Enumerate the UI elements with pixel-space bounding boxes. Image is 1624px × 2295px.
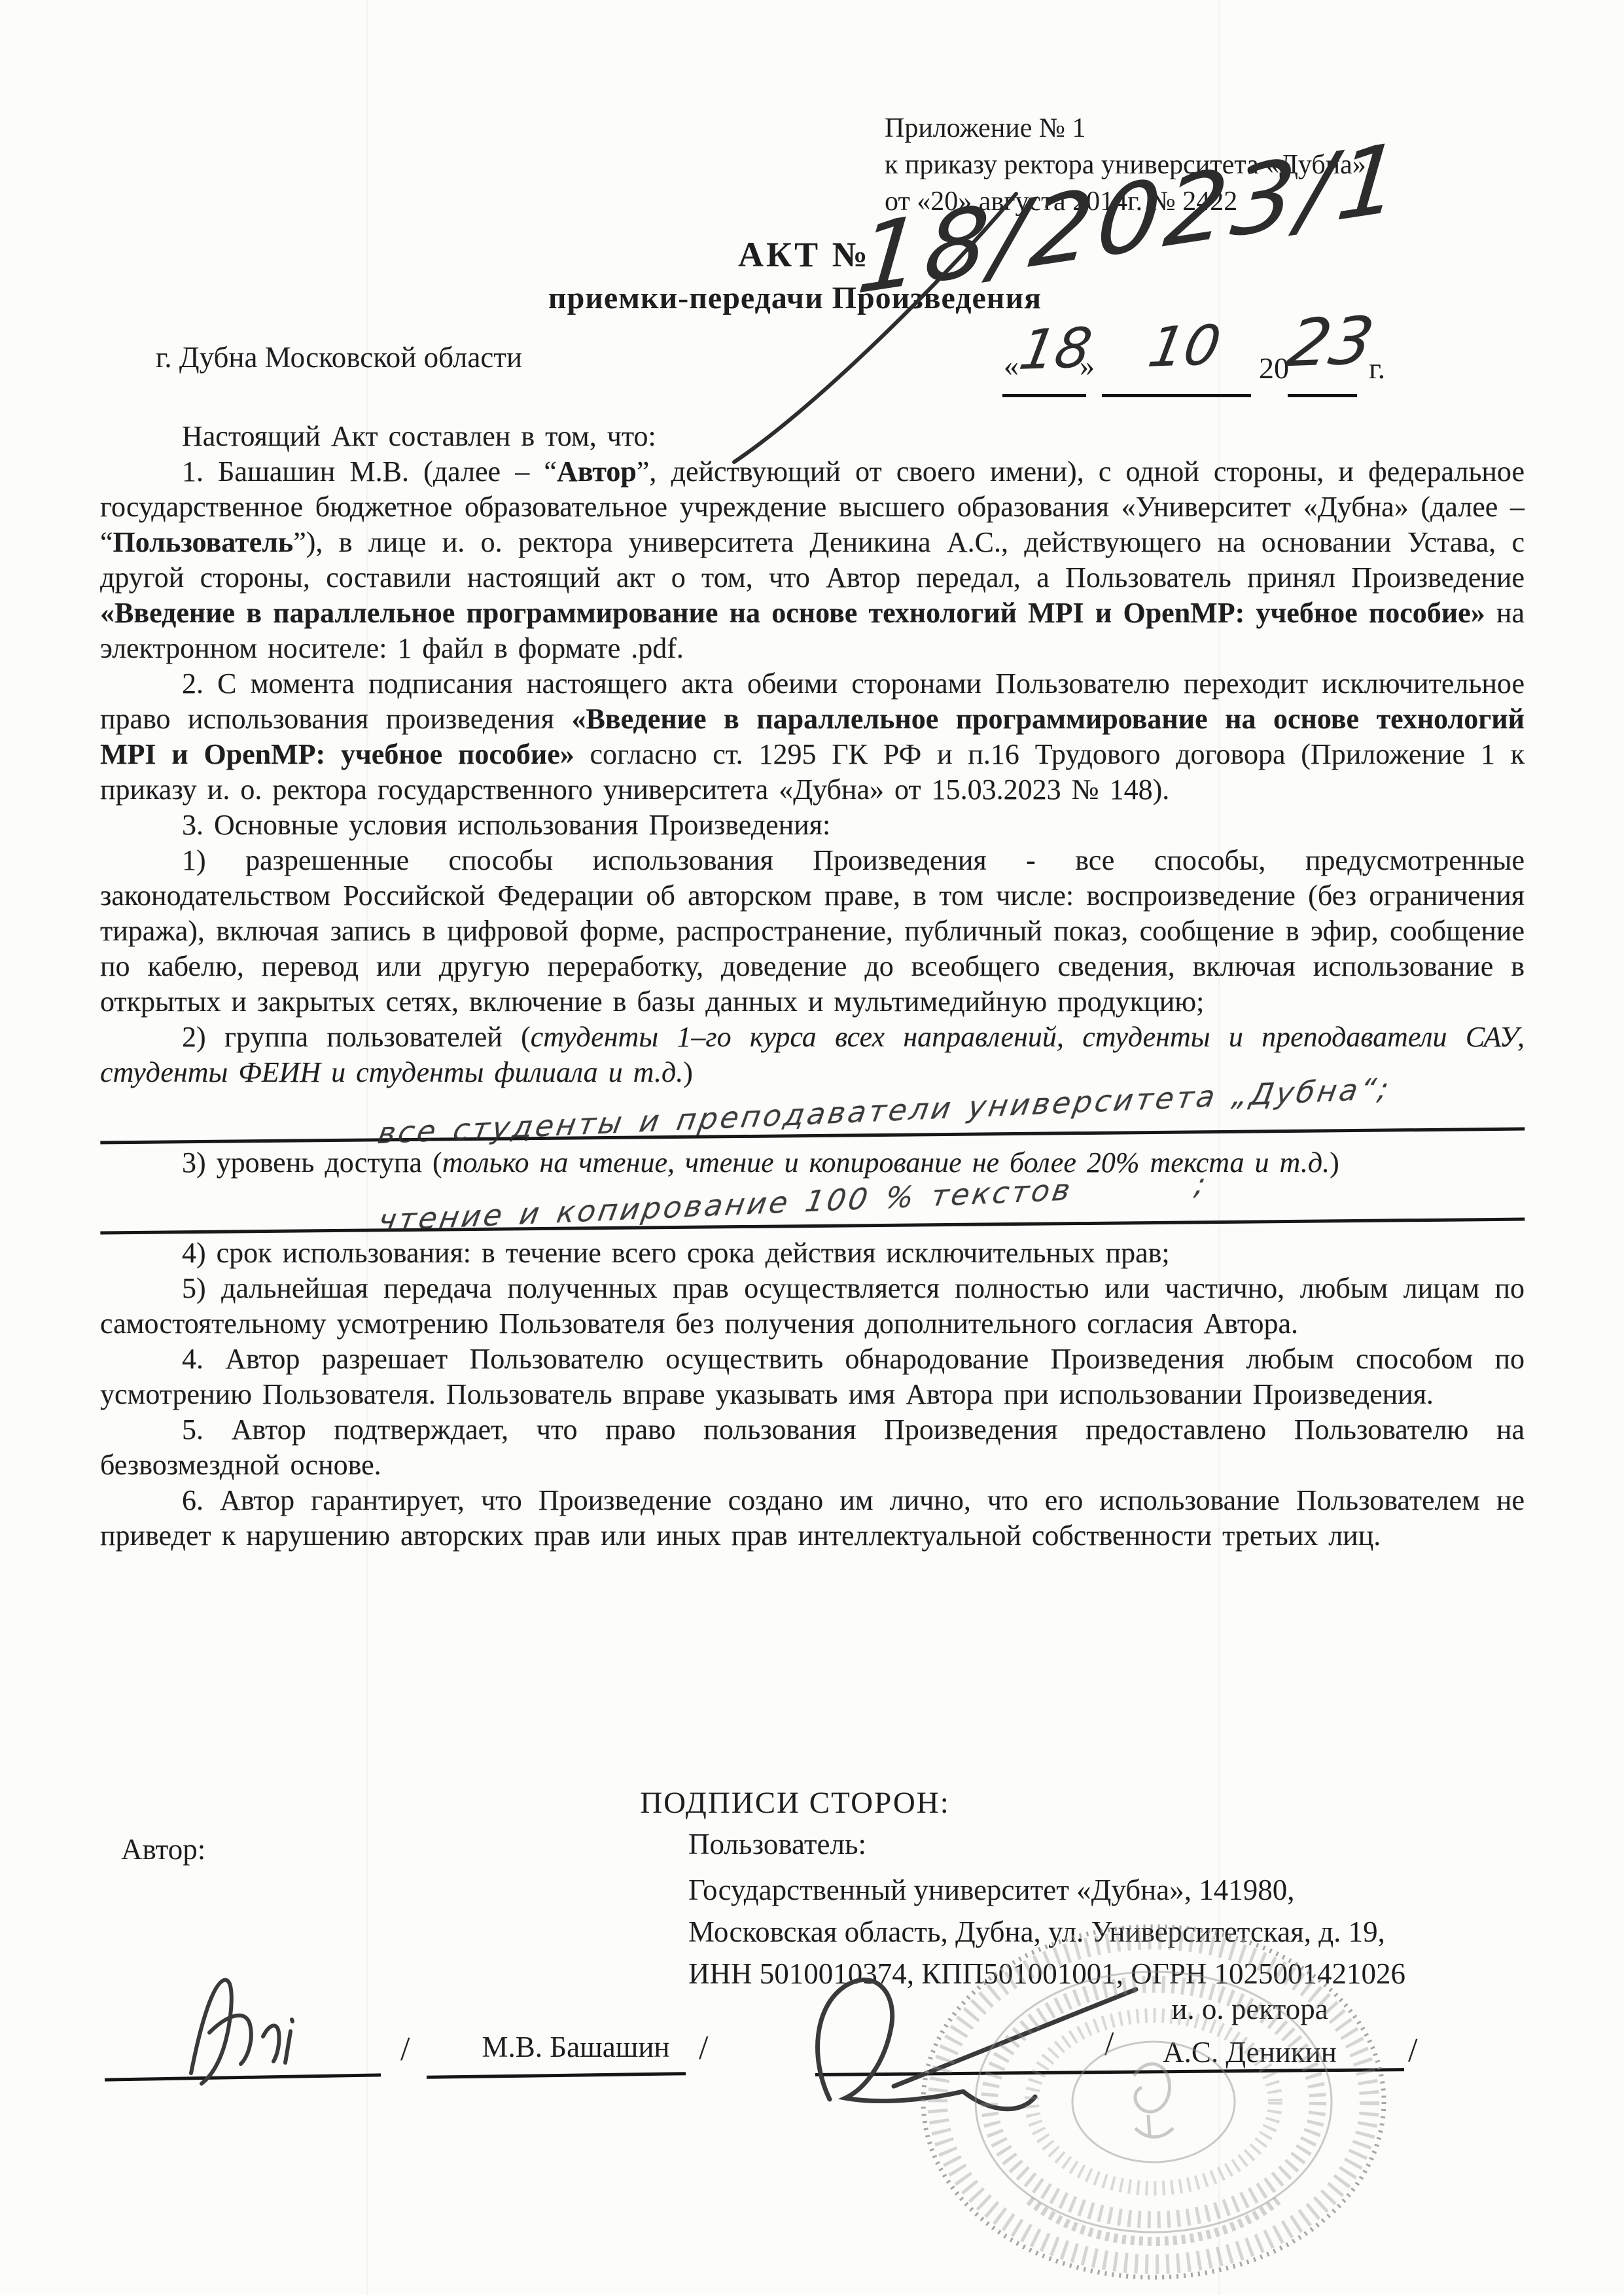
user-requisites: Государственный университет «Дубна», 141… — [688, 1869, 1405, 1995]
document-body: Настоящий Акт составлен в том, что:1. Ба… — [100, 419, 1525, 1554]
text-segment: 5) дальнейшая передача полученных прав о… — [100, 1272, 1525, 1340]
author-name: М.В. Башашин — [458, 2030, 694, 2064]
text-segment: ) — [1330, 1147, 1339, 1179]
text-segment: 1. Башашин М.В. (далее – “ — [182, 455, 557, 488]
text-segment: Настоящий Акт составлен в том, что: — [182, 420, 656, 452]
text-segment: ) — [683, 1056, 693, 1088]
handwritten-month: 10 — [1144, 313, 1226, 380]
user-signature-line — [815, 2068, 1404, 2076]
text-segment: 6. Автор гарантирует, что Произведение с… — [100, 1484, 1525, 1552]
requisite-line: ИНН 5010010374, КПП501001001, ОГРН 10250… — [688, 1953, 1405, 1995]
user-label: Пользователь: — [688, 1827, 866, 1861]
text-segment: «Введение в параллельное программировани… — [100, 597, 1485, 629]
date-close-quote: » — [1080, 348, 1095, 383]
handwritten-entry: все студенты и преподаватели университет… — [100, 1086, 1525, 1145]
city-line: г. Дубна Московской области — [156, 340, 522, 374]
user-name: А.С. Деникин — [1112, 2035, 1387, 2069]
author-slash-left: / — [400, 2030, 410, 2069]
paragraph: 3. Основные условия использования Произв… — [100, 808, 1525, 843]
paragraph: 2. С момента подписания настоящего акта … — [100, 666, 1525, 808]
year-underline — [1288, 394, 1357, 397]
author-label: Автор: — [121, 1832, 205, 1866]
paragraph: 1. Башашин М.В. (далее – “Автор”, действ… — [100, 454, 1525, 666]
text-segment: Пользователь — [113, 526, 294, 558]
handwritten-entry: чтение и копирование 100 % текстов ; — [100, 1177, 1525, 1235]
user-position-title: и. о. ректора — [1112, 1992, 1387, 2026]
requisite-line: Московская область, Дубна, ул. Университ… — [688, 1911, 1405, 1953]
text-segment: 5. Автор подтверждает, что право пользов… — [100, 1414, 1525, 1481]
text-segment: 3) уровень доступа ( — [182, 1147, 442, 1179]
paragraph: 3) уровень доступа (только на чтение, чт… — [100, 1145, 1525, 1181]
text-segment: Автор — [557, 455, 637, 488]
month-underline — [1102, 394, 1251, 397]
handwritten-year: 23 — [1282, 302, 1379, 382]
date-line: « 18 » 10 20 23 г. — [1002, 308, 1421, 412]
paragraph: 4. Автор разрешает Пользователю осуществ… — [100, 1342, 1525, 1412]
author-signature-ink — [191, 1980, 292, 2084]
requisite-line: Государственный университет «Дубна», 141… — [688, 1869, 1405, 1911]
act-title-label: АКТ № — [738, 234, 870, 275]
text-segment: 2) группа пользователей ( — [182, 1021, 531, 1053]
scanned-act-document: { "colors": { "paper": "#fcfcfa", "ink":… — [0, 0, 1624, 2295]
text-segment: 3. Основные условия использования Произв… — [182, 809, 830, 841]
signatures-heading: ПОДПИСИ СТОРОН: — [0, 1785, 1590, 1821]
user-slash-right: / — [1408, 2031, 1417, 2070]
paragraph: 5. Автор подтверждает, что право пользов… — [100, 1412, 1525, 1483]
paragraph: 4) срок использования: в течение всего с… — [100, 1236, 1525, 1271]
text-segment: 4. Автор разрешает Пользователю осуществ… — [100, 1343, 1525, 1410]
paragraph: Настоящий Акт составлен в том, что: — [100, 419, 1525, 454]
author-signature-line — [105, 2073, 381, 2081]
paragraph: 6. Автор гарантирует, что Произведение с… — [100, 1483, 1525, 1554]
day-underline — [1002, 394, 1086, 397]
year-suffix: г. — [1369, 351, 1385, 385]
paragraph: 1) разрешенные способы использования Про… — [100, 843, 1525, 1020]
author-name-line — [427, 2072, 686, 2079]
text-segment: 1) разрешенные способы использования Про… — [100, 844, 1525, 1018]
paragraph: 5) дальнейшая передача полученных прав о… — [100, 1271, 1525, 1342]
text-segment: 4) срок использования: в течение всего с… — [182, 1237, 1170, 1269]
user-signature-ink — [818, 1980, 1136, 2108]
text-segment: ”), в лице и. о. ректора университета Де… — [100, 526, 1525, 594]
author-slash-right: / — [699, 2029, 708, 2067]
